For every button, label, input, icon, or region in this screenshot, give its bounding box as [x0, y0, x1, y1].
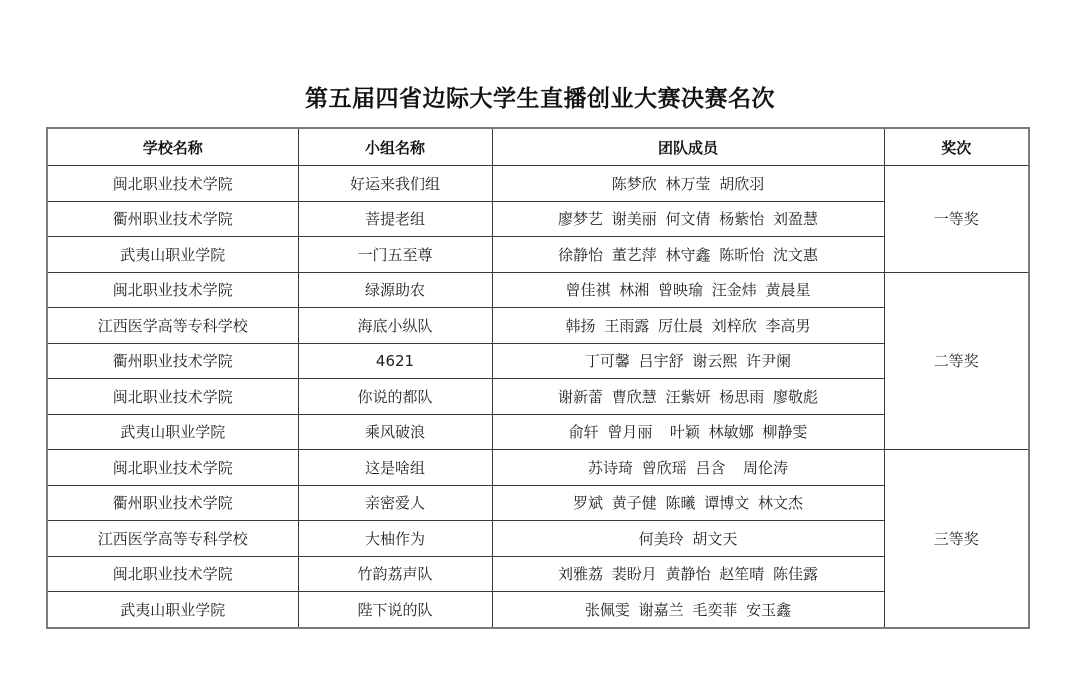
school-cell: 闽北职业技术学院: [47, 556, 298, 592]
results-table: 学校名称 小组名称 团队成员 奖次 闽北职业技术学院 好运来我们组 陈梦欣 林万…: [46, 127, 1030, 629]
table-row: 闽北职业技术学院 绿源助农 曾佳祺 林湘 曾映瑜 汪金炜 黄晨星 二等奖: [47, 272, 1029, 308]
table-row: 武夷山职业学院 一门五至尊 徐静怡 董艺萍 林守鑫 陈昕怡 沈文惠: [47, 237, 1029, 273]
table-row: 武夷山职业学院 陛下说的队 张佩雯 谢嘉兰 毛奕菲 安玉鑫: [47, 592, 1029, 628]
members-cell: 丁可馨 吕宇舒 谢云熙 许尹阑: [492, 343, 884, 379]
members-cell: 廖梦艺 谢美丽 何文倩 杨紫怡 刘盈慧: [492, 201, 884, 237]
group-cell: 大柚作为: [298, 521, 492, 557]
group-cell: 绿源助农: [298, 272, 492, 308]
group-cell: 乘风破浪: [298, 414, 492, 450]
members-cell: 何美玲 胡文天: [492, 521, 884, 557]
award-cell-first-prize: 一等奖: [884, 166, 1029, 273]
column-header-members: 团队成员: [492, 128, 884, 166]
members-cell: 俞轩 曾月丽 叶颖 林敏娜 柳静雯: [492, 414, 884, 450]
table-row: 江西医学高等专科学校 大柚作为 何美玲 胡文天: [47, 521, 1029, 557]
members-cell: 陈梦欣 林万莹 胡欣羽: [492, 166, 884, 202]
members-cell: 罗斌 黄子健 陈曦 谭博文 林文杰: [492, 485, 884, 521]
members-cell: 曾佳祺 林湘 曾映瑜 汪金炜 黄晨星: [492, 272, 884, 308]
school-cell: 江西医学高等专科学校: [47, 308, 298, 344]
school-cell: 武夷山职业学院: [47, 237, 298, 273]
group-cell: 菩提老组: [298, 201, 492, 237]
school-cell: 衢州职业技术学院: [47, 485, 298, 521]
page-title: 第五届四省边际大学生直播创业大赛决赛名次: [0, 80, 1080, 113]
column-header-group: 小组名称: [298, 128, 492, 166]
group-cell: 好运来我们组: [298, 166, 492, 202]
members-cell: 韩扬 王雨露 厉仕晨 刘梓欣 李高男: [492, 308, 884, 344]
award-cell-third-prize: 三等奖: [884, 450, 1029, 628]
table-row: 闽北职业技术学院 你说的都队 谢新蕾 曹欣慧 汪紫妍 杨思雨 廖敬彪: [47, 379, 1029, 415]
group-cell: 4621: [298, 343, 492, 379]
school-cell: 江西医学高等专科学校: [47, 521, 298, 557]
award-cell-second-prize: 二等奖: [884, 272, 1029, 450]
group-cell: 海底小纵队: [298, 308, 492, 344]
group-cell: 这是啥组: [298, 450, 492, 486]
group-cell: 一门五至尊: [298, 237, 492, 273]
table-row: 衢州职业技术学院 4621 丁可馨 吕宇舒 谢云熙 许尹阑: [47, 343, 1029, 379]
members-cell: 苏诗琦 曾欣瑶 吕含 周伦涛: [492, 450, 884, 486]
column-header-award: 奖次: [884, 128, 1029, 166]
table-row: 江西医学高等专科学校 海底小纵队 韩扬 王雨露 厉仕晨 刘梓欣 李高男: [47, 308, 1029, 344]
table-row: 闽北职业技术学院 好运来我们组 陈梦欣 林万莹 胡欣羽 一等奖: [47, 166, 1029, 202]
column-header-school: 学校名称: [47, 128, 298, 166]
school-cell: 闽北职业技术学院: [47, 379, 298, 415]
school-cell: 武夷山职业学院: [47, 592, 298, 628]
table-row: 衢州职业技术学院 菩提老组 廖梦艺 谢美丽 何文倩 杨紫怡 刘盈慧: [47, 201, 1029, 237]
school-cell: 闽北职业技术学院: [47, 450, 298, 486]
table-row: 闽北职业技术学院 这是啥组 苏诗琦 曾欣瑶 吕含 周伦涛 三等奖: [47, 450, 1029, 486]
table-row: 闽北职业技术学院 竹韵荔声队 刘雅荔 裴盼月 黄静怡 赵笙晴 陈佳露: [47, 556, 1029, 592]
school-cell: 武夷山职业学院: [47, 414, 298, 450]
group-cell: 陛下说的队: [298, 592, 492, 628]
group-cell: 亲密爱人: [298, 485, 492, 521]
members-cell: 徐静怡 董艺萍 林守鑫 陈昕怡 沈文惠: [492, 237, 884, 273]
table-header-row: 学校名称 小组名称 团队成员 奖次: [47, 128, 1029, 166]
school-cell: 衢州职业技术学院: [47, 343, 298, 379]
members-cell: 张佩雯 谢嘉兰 毛奕菲 安玉鑫: [492, 592, 884, 628]
school-cell: 闽北职业技术学院: [47, 272, 298, 308]
members-cell: 刘雅荔 裴盼月 黄静怡 赵笙晴 陈佳露: [492, 556, 884, 592]
members-cell: 谢新蕾 曹欣慧 汪紫妍 杨思雨 廖敬彪: [492, 379, 884, 415]
table-row: 衢州职业技术学院 亲密爱人 罗斌 黄子健 陈曦 谭博文 林文杰: [47, 485, 1029, 521]
group-cell: 你说的都队: [298, 379, 492, 415]
school-cell: 衢州职业技术学院: [47, 201, 298, 237]
group-cell: 竹韵荔声队: [298, 556, 492, 592]
table-row: 武夷山职业学院 乘风破浪 俞轩 曾月丽 叶颖 林敏娜 柳静雯: [47, 414, 1029, 450]
school-cell: 闽北职业技术学院: [47, 166, 298, 202]
